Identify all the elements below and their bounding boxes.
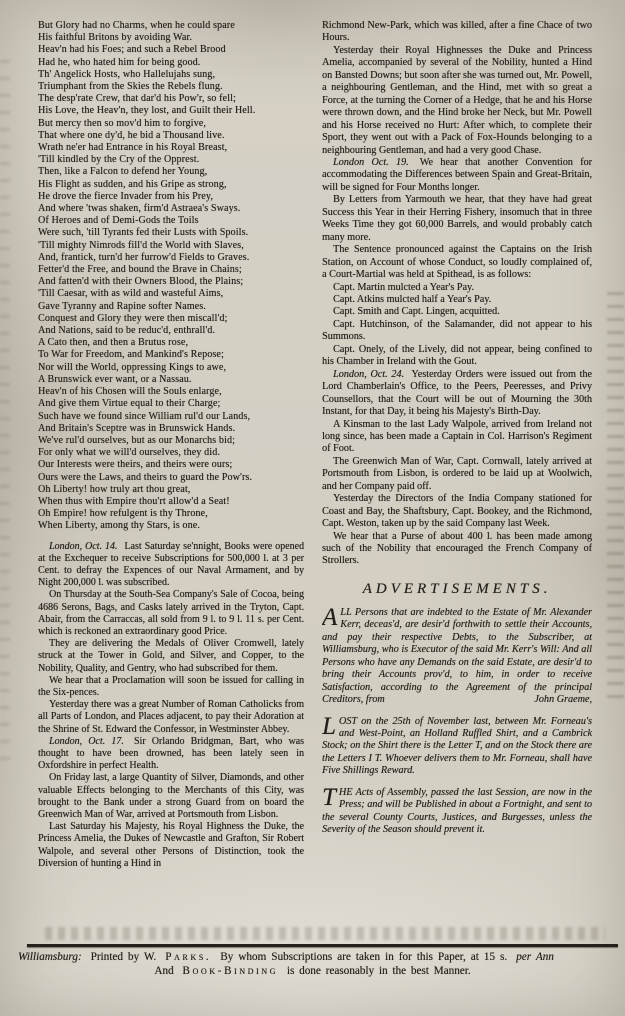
article-paragraph: ADVERTISEMENTS. <box>322 580 592 598</box>
right-column: Richmond New-Park, which was killed, aft… <box>322 20 592 940</box>
paragraph-text: The Sentence pronounced against the Capt… <box>322 244 592 280</box>
poem-line: Heav'n had his Foes; and such a Rebel Br… <box>38 44 304 56</box>
poem-line: He drove the fierce Invader from his Pre… <box>38 191 304 203</box>
poem-line: Ours were the Laws, and theirs to guard … <box>38 472 304 484</box>
imprint-printer-name: Parks. <box>165 951 211 963</box>
paragraph-text: On Thursday at the South-Sea Company's S… <box>38 589 304 637</box>
paragraph-text: We hear that a Purse of about 400 l. has… <box>322 531 592 567</box>
poem-line: We've rul'd ourselves, but as our Monarc… <box>38 435 304 447</box>
paragraph-text: A Kinsman to the last Lady Walpole, arri… <box>322 419 592 455</box>
article-paragraph: They are delivering the Medals of Oliver… <box>38 638 304 675</box>
ink-bleed-left-margin <box>0 60 10 760</box>
poem-line: Th' Angelick Hosts, who Hallelujahs sung… <box>38 69 304 81</box>
poem-line: Fetter'd the Free, and bound the Brave i… <box>38 264 304 276</box>
article-paragraph: Yesterday there was a great Number of Ro… <box>38 699 304 736</box>
paragraph-text: HE Acts of Assembly, passed the last Ses… <box>322 787 592 835</box>
poem-line: When Liberty, among thy Stars, is one. <box>38 520 304 532</box>
article-paragraph: Yesterday their Royal Highnesses the Duk… <box>322 45 592 157</box>
poem-line: Our Interests were theirs, and theirs we… <box>38 459 304 471</box>
paragraph-text: Capt. Atkins mulcted half a Year's Pay. <box>333 294 491 305</box>
poem-line: 'Till Caesar, with as wild and wasteful … <box>38 288 304 300</box>
poem-line: And, frantick, turn'd her furrow'd Field… <box>38 252 304 264</box>
article-paragraph: We hear that a Purse of about 400 l. has… <box>322 531 592 568</box>
article-paragraph: London, Oct. 24. Yesterday Orders were i… <box>322 369 592 419</box>
article-paragraph: A Kinsman to the last Lady Walpole, arri… <box>322 419 592 456</box>
poem-line: Heav'n of his Chosen will the Souls enla… <box>38 386 304 398</box>
poem-line: Wrath ne'er had Entrance in his Royal Br… <box>38 142 304 154</box>
poem-line: When thus with Empire thou'rt allow'd a … <box>38 496 304 508</box>
signature: John Graeme, <box>534 694 592 706</box>
article-paragraph: Capt. Smith and Capt. Lingen, acquitted. <box>322 306 592 318</box>
poem-line: His faithful Britons by avoiding War. <box>38 32 304 44</box>
article-paragraph: London, Oct. 14. Last Saturday se'nnight… <box>38 541 304 590</box>
poem-line: His Love, the Heav'n, they lost, and Gui… <box>38 105 304 117</box>
poem-line: Oh Empire! how refulgent is thy Throne, <box>38 508 304 520</box>
imprint-line-2: And Book-Binding is done reasonably in t… <box>0 965 625 978</box>
poem-line: 'Till kindled by the Cry of the Opprest. <box>38 154 304 166</box>
imprint-per-ann: per Ann <box>516 951 554 963</box>
paragraph-text: LL Persons that are indebted to the Esta… <box>322 607 592 705</box>
dateline: London Oct. 19. <box>333 157 409 168</box>
poem-line: Gave Tyranny and Rapine softer Names. <box>38 301 304 313</box>
article-paragraph: We hear that a Proclamation will soon be… <box>38 675 304 699</box>
poem-line: But Glory had no Charms, when he could s… <box>38 20 304 32</box>
poem-line: Were such, 'till Tyrants fed their Lusts… <box>38 227 304 239</box>
paragraph-text: ADVERTISEMENTS. <box>363 581 552 597</box>
paragraph-text: By Letters from Yarmouth we hear, that t… <box>322 194 592 242</box>
article-paragraph: Capt. Onely, of the Lively, did not appe… <box>322 344 592 369</box>
poem-line: A Brunswick ever want, or a Nassau. <box>38 374 304 386</box>
poem-line: The desp'rate Crew, that dar'd his Pow'r… <box>38 93 304 105</box>
article-paragraph: London, Oct. 17. Sir Orlando Bridgman, B… <box>38 736 304 773</box>
paragraph-text: Richmond New-Park, which was killed, aft… <box>322 20 592 43</box>
poem-line: That where one dy'd, he bid a Thousand l… <box>38 130 304 142</box>
poem-line: Conquest and Glory they were then miscal… <box>38 313 304 325</box>
poem-line: Triumphant from the Skies the Rebels flu… <box>38 81 304 93</box>
poem-line: His Flight as sudden, and his Gripe as s… <box>38 179 304 191</box>
paragraph-text: Yesterday there was a great Number of Ro… <box>38 699 304 734</box>
poem-line: And Nations, said to be reduc'd, enthral… <box>38 325 304 337</box>
drop-cap: L <box>322 716 339 737</box>
article-paragraph: Richmond New-Park, which was killed, aft… <box>322 20 592 45</box>
paragraph-text: We hear that a Proclamation will soon be… <box>38 675 304 698</box>
imprint-manner-text: is done reasonably in the best Manner. <box>287 965 471 977</box>
drop-cap: T <box>322 787 339 808</box>
article-paragraph: Yesterday the Directors of the India Com… <box>322 493 592 530</box>
article-paragraph: Capt. Atkins mulcted half a Year's Pay. <box>322 294 592 306</box>
paragraph-text: Capt. Hutchinson, of the Salamander, did… <box>322 319 592 342</box>
poem-line: But mercy then so mov'd him to forgive, <box>38 118 304 130</box>
article-paragraph: Last Saturday his Majesty, his Royal Hig… <box>38 821 304 870</box>
paragraph-text: OST on the 25th of November last, betwee… <box>322 716 592 777</box>
poem-line: 'Till mighty Nimrods fill'd the World wi… <box>38 240 304 252</box>
left-articles: London, Oct. 14. Last Saturday se'nnight… <box>38 541 304 870</box>
article-paragraph: On Friday last, a large Quantity of Silv… <box>38 772 304 821</box>
article-paragraph: London Oct. 19. We hear that another Con… <box>322 157 592 194</box>
poem-line: Of Heroes and of Demi-Gods the Toils <box>38 215 304 227</box>
article-paragraph: The Greenwich Man of War, Capt. Cornwall… <box>322 456 592 493</box>
poem-line: Such have we found since William rul'd o… <box>38 411 304 423</box>
imprint-subscription-text: By whom Subscriptions are taken in for t… <box>220 951 507 963</box>
poem-line: And Britain's Sceptre was in Brunswick H… <box>38 423 304 435</box>
poem-line: To War for Freedom, and Mankind's Repose… <box>38 349 304 361</box>
paragraph-text: Last Saturday his Majesty, his Royal Hig… <box>38 821 304 869</box>
dateline: London, Oct. 14. <box>49 541 117 552</box>
paragraph-text: Yesterday their Royal Highnesses the Duk… <box>322 45 592 156</box>
article-paragraph: On Thursday at the South-Sea Company's S… <box>38 589 304 638</box>
article-paragraph: T HE Acts of Assembly, passed the last S… <box>322 787 592 837</box>
poem-line: Nor will the World, oppressing Kings to … <box>38 362 304 374</box>
poem-line: A Cato then, and then a Brutus rose, <box>38 337 304 349</box>
poem-line: Oh Liberty! how truly art thou great, <box>38 484 304 496</box>
paragraph-text: On Friday last, a large Quantity of Silv… <box>38 772 304 820</box>
imprint-place: Williamsburg: <box>18 951 82 963</box>
poem-line: For only what we will'd ourselves, they … <box>38 447 304 459</box>
dateline: London, Oct. 17. <box>49 736 124 747</box>
article-paragraph: L OST on the 25th of November last, betw… <box>322 716 592 778</box>
paragraph-text: Yesterday the Directors of the India Com… <box>322 493 592 529</box>
paragraph-text: They are delivering the Medals of Oliver… <box>38 638 304 673</box>
poem: But Glory had no Charms, when he could s… <box>38 20 304 533</box>
poem-line: Had he, who hated him for being good. <box>38 57 304 69</box>
article-paragraph: Capt. Martin mulcted a Year's Pay. <box>322 282 592 294</box>
article-paragraph: By Letters from Yarmouth we hear, that t… <box>322 194 592 244</box>
imprint-and: And <box>154 965 173 977</box>
newspaper-page: But Glory had no Charms, when he could s… <box>0 0 625 1016</box>
imprint-line-1: Williamsburg: Printed by W. Parks. By wh… <box>18 951 619 964</box>
left-column: But Glory had no Charms, when he could s… <box>38 20 304 942</box>
article-paragraph: Capt. Hutchinson, of the Salamander, did… <box>322 319 592 344</box>
poem-line: And where 'twas shaken, firm'd Astraea's… <box>38 203 304 215</box>
paragraph-text: Capt. Smith and Capt. Lingen, acquitted. <box>333 306 500 317</box>
ink-bleed-above-rule <box>45 927 605 940</box>
paragraph-text: The Greenwich Man of War, Capt. Cornwall… <box>322 456 592 492</box>
poem-line: And give them Virtue equal to their Char… <box>38 398 304 410</box>
paragraph-text: Capt. Onely, of the Lively, did not appe… <box>322 344 592 367</box>
imprint-bookbinding: Book-Binding <box>182 965 278 977</box>
drop-cap: A <box>322 607 340 628</box>
imprint-printed-by: Printed by W. <box>91 951 157 963</box>
article-paragraph: A LL Persons that are indebted to the Es… <box>322 607 592 707</box>
poem-line: Then, like a Falcon to defend her Young, <box>38 166 304 178</box>
paragraph-text: Capt. Martin mulcted a Year's Pay. <box>333 282 474 293</box>
poem-line: And fatten'd with their Owners Blood, th… <box>38 276 304 288</box>
footer-rule <box>27 944 618 947</box>
dateline: London, Oct. 24. <box>333 369 404 380</box>
ink-bleed-right-margin <box>607 292 624 702</box>
article-paragraph: The Sentence pronounced against the Capt… <box>322 244 592 281</box>
